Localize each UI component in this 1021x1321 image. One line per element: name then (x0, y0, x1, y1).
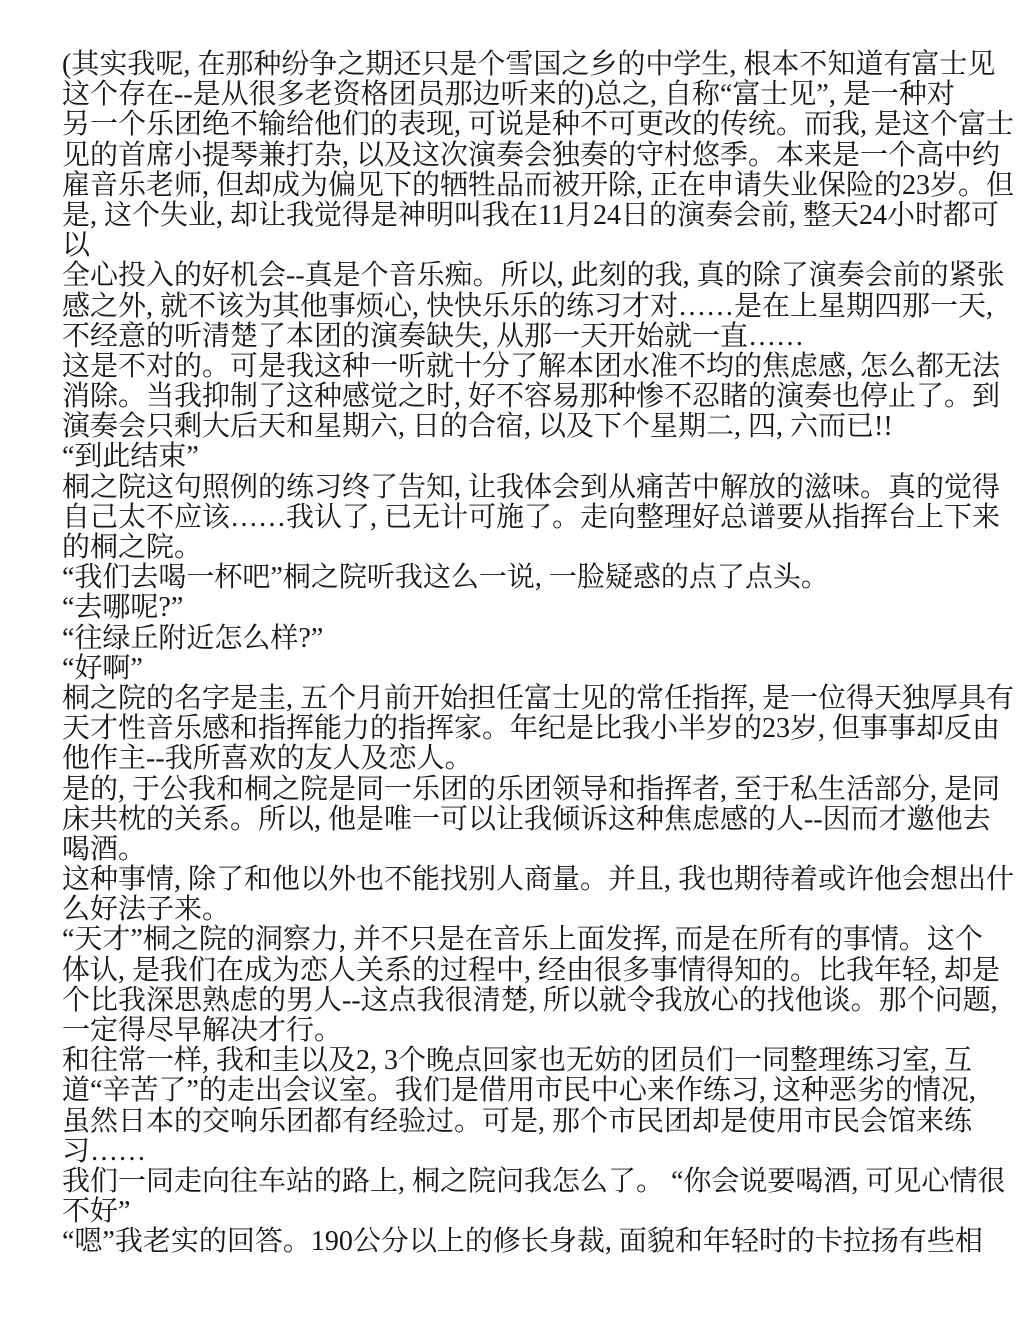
text-line: 自己太不应该……我认了, 已无计可施了。走向整理好总谱要从指挥台上下来 (62, 503, 974, 533)
text-block: (其实我呢, 在那种纷争之期还只是个雪国之乡的中学生, 根本不知道有富士见这个存… (62, 50, 974, 1258)
text-line: 虽然日本的交响乐团都有经验过。可是, 那个市民团却是使用市民会馆来练 (62, 1107, 974, 1137)
text-line: 桐之院的名字是圭, 五个月前开始担任富士见的常任指挥, 是一位得天独厚具有 (62, 684, 974, 714)
text-line: “天才”桐之院的洞察力, 并不只是在音乐上面发挥, 而是在所有的事情。这个 (62, 925, 974, 955)
text-line: 个比我深思熟虑的男人--这点我很清楚, 所以就令我放心的找他谈。那个问题, (62, 986, 974, 1016)
text-line: 的桐之院。 (62, 533, 974, 563)
text-line: 一定得尽早解决才行。 (62, 1016, 974, 1046)
text-line: 这是不对的。可是我这种一听就十分了解本团水准不均的焦虑感, 怎么都无法 (62, 352, 974, 382)
text-line: 么好法子来。 (62, 895, 974, 925)
text-line: 是的, 于公我和桐之院是同一乐团的乐团领导和指挥者, 至于私生活部分, 是同 (62, 775, 974, 805)
text-line: 不好” (62, 1197, 974, 1227)
document-page: (其实我呢, 在那种纷争之期还只是个雪国之乡的中学生, 根本不知道有富士见这个存… (0, 0, 1021, 1321)
text-line: 床共枕的关系。所以, 他是唯一可以让我倾诉这种焦虑感的人--因而才邀他去 (62, 805, 974, 835)
text-line: 道“辛苦了”的走出会议室。我们是借用市民中心来作练习, 这种恶劣的情况, (62, 1076, 974, 1106)
text-line: 喝酒。 (62, 835, 974, 865)
text-line: 这个存在--是从很多老资格团员那边听来的)总之, 自称“富士见”, 是一种对 (62, 80, 974, 110)
text-line: 全心投入的好机会--真是个音乐痴。所以, 此刻的我, 真的除了演奏会前的紧张 (62, 261, 974, 291)
text-line: 消除。当我抑制了这种感觉之时, 好不容易那种惨不忍睹的演奏也停止了。到 (62, 382, 974, 412)
text-line: 这种事情, 除了和他以外也不能找别人商量。并且, 我也期待着或许他会想出什 (62, 865, 974, 895)
text-line: “去哪呢?” (62, 593, 974, 623)
text-line: (其实我呢, 在那种纷争之期还只是个雪国之乡的中学生, 根本不知道有富士见 (62, 50, 974, 80)
text-line: 以 (62, 231, 974, 261)
text-line: “好啊” (62, 654, 974, 684)
text-line: 天才性音乐感和指挥能力的指挥家。年纪是比我小半岁的23岁, 但事事却反由 (62, 714, 974, 744)
text-line: “嗯”我老实的回答。190公分以上的修长身裁, 面貌和年轻时的卡拉扬有些相 (62, 1227, 974, 1257)
text-line: 不经意的听清楚了本团的演奏缺失, 从那一天开始就一直…… (62, 322, 974, 352)
text-line: 见的首席小提琴兼打杂, 以及这次演奏会独奏的守村悠季。本来是一个高中约 (62, 141, 974, 171)
text-line: 我们一同走向往车站的路上, 桐之院问我怎么了。 “你会说要喝酒, 可见心情很 (62, 1167, 974, 1197)
text-line: 雇音乐老师, 但却成为偏见下的牺牲品而被开除, 正在申请失业保险的23岁。但 (62, 171, 974, 201)
text-line: 感之外, 就不该为其他事烦心, 快快乐乐的练习才对……是在上星期四那一天, (62, 292, 974, 322)
text-line: 另一个乐团绝不输给他们的表现, 可说是种不可更改的传统。而我, 是这个富士 (62, 110, 974, 140)
text-line: “到此结束” (62, 442, 974, 472)
text-line: 是, 这个失业, 却让我觉得是神明叫我在11月24日的演奏会前, 整天24小时都… (62, 201, 974, 231)
text-line: 演奏会只剩大后天和星期六, 日的合宿, 以及下个星期二, 四, 六而已!! (62, 412, 974, 442)
text-line: 和往常一样, 我和圭以及2, 3个晚点回家也无妨的团员们一同整理练习室, 互 (62, 1046, 974, 1076)
text-line: “我们去喝一杯吧”桐之院听我这么一说, 一脸疑惑的点了点头。 (62, 563, 974, 593)
text-line: 习…… (62, 1137, 974, 1167)
text-line: 他作主--我所喜欢的友人及恋人。 (62, 744, 974, 774)
text-line: 体认, 是我们在成为恋人关系的过程中, 经由很多事情得知的。比我年轻, 却是 (62, 956, 974, 986)
text-line: 桐之院这句照例的练习终了告知, 让我体会到从痛苦中解放的滋味。真的觉得 (62, 473, 974, 503)
text-line: “往绿丘附近怎么样?” (62, 624, 974, 654)
